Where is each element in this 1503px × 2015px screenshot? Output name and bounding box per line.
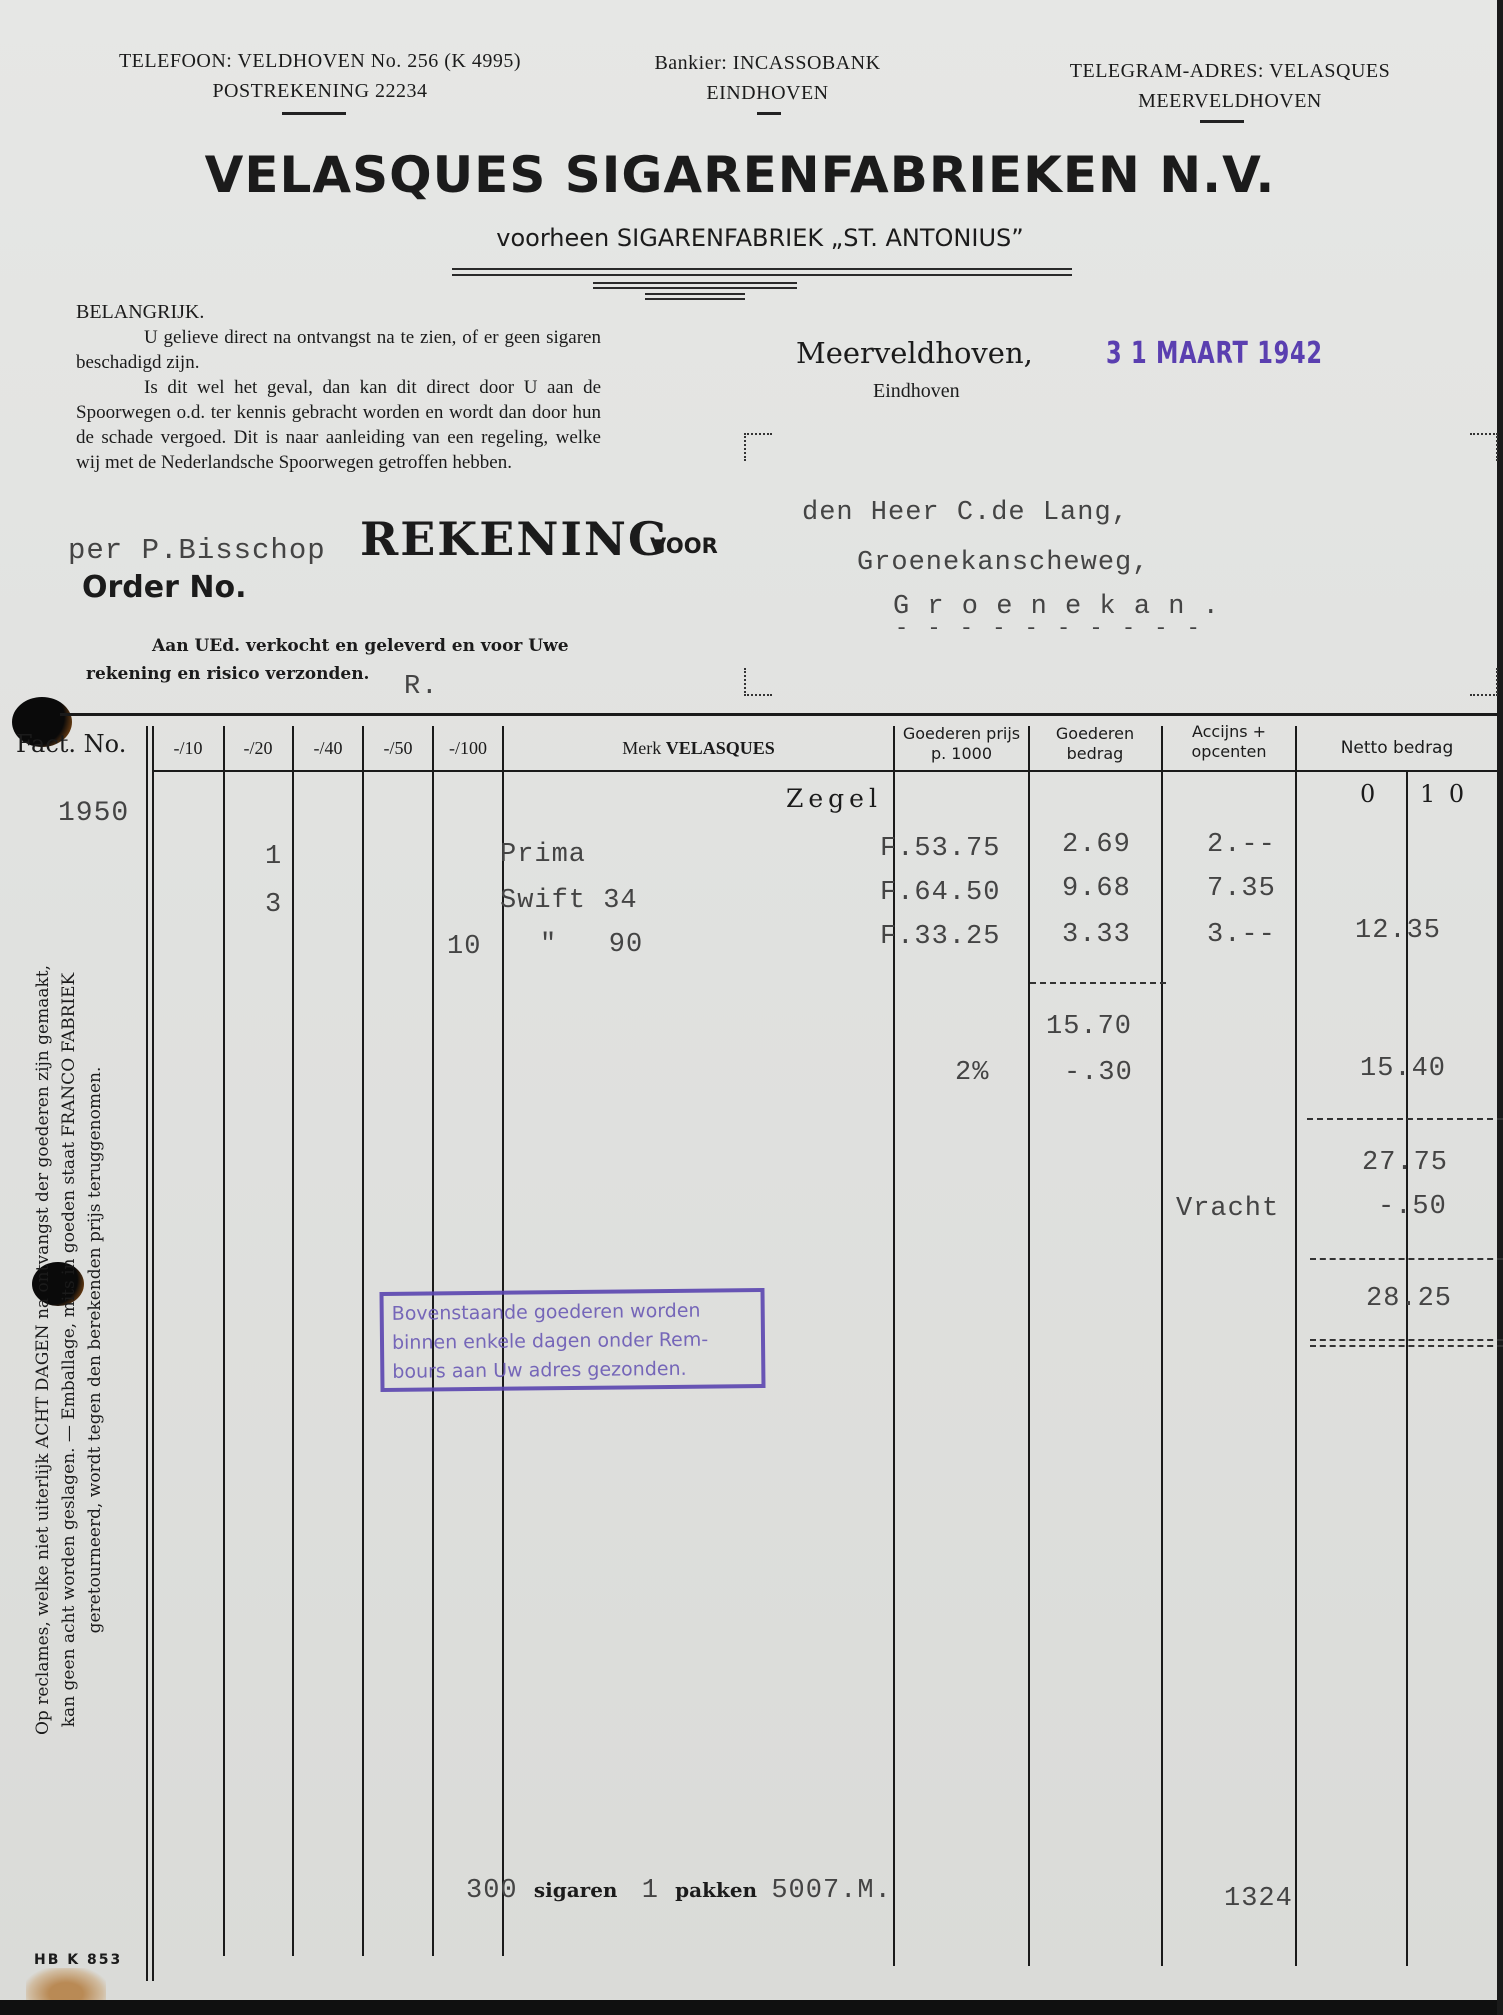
phone-block: TELEFOON: VELDHOVEN No. 256 (K 4995) POS… (40, 46, 600, 106)
telegram-block: TELEGRAM-ADRES: VELASQUES MEERVELDHOVEN (1000, 56, 1460, 116)
footer-sigaren: sigaren (534, 1878, 618, 1902)
ornament-rule (452, 268, 1072, 270)
total-rule (1307, 1118, 1503, 1120)
subtotal-amount: 15.70 (1046, 1012, 1132, 1042)
ornament-rule (593, 282, 797, 284)
freight-label: Vracht (1176, 1194, 1279, 1224)
address-window-corner (744, 433, 772, 461)
notice-block: BELANGRIJK. U gelieve direct na ontvangs… (76, 300, 601, 475)
discount-label: 2% (955, 1058, 989, 1088)
stamp-line-2: binnen enkele dagen onder Rem- (392, 1325, 753, 1358)
notice-paragraph-1: U gelieve direct na ontvangst na te zien… (76, 325, 601, 375)
carrier: per P.Bisschop (68, 534, 326, 567)
header-bottom-rule (152, 770, 1503, 772)
subtotal-rule (1030, 982, 1166, 984)
ornament-rule (645, 293, 745, 295)
column-divider (292, 726, 294, 1956)
side-note-line-2: kan geen acht worden geslagen. — Emballa… (56, 900, 82, 1800)
zegel-label: Zegel (786, 784, 882, 813)
row-excise: 3.-- (1207, 920, 1276, 950)
bank-block: Bankier: INCASSOBANK EINDHOVEN (600, 48, 935, 108)
column-divider (362, 726, 364, 1956)
col-header-merk: Merk VELASQUES (504, 738, 893, 758)
side-note-line-3: geretourneerd, wordt tegen den berekende… (82, 900, 108, 1800)
address-window-corner (1470, 668, 1498, 696)
bank-city: EINDHOVEN (600, 78, 935, 108)
form-code: HB K 853 (34, 1952, 122, 1968)
table-top-rule (60, 713, 1503, 716)
col-header-20: -/20 (224, 738, 292, 758)
col-header-50: -/50 (364, 738, 432, 758)
phone-line: TELEFOON: VELDHOVEN No. 256 (K 4995) (40, 46, 600, 76)
column-divider (893, 726, 895, 1966)
divider (1200, 120, 1244, 123)
col-header-net: Netto bedrag (1297, 738, 1497, 758)
row-price: F.64.50 (880, 878, 1000, 908)
scan-right-edge (1497, 0, 1503, 2015)
col-header-price: Goederen prijs p. 1000 (895, 724, 1028, 764)
row-qty: 10 (447, 932, 481, 962)
notice-heading: BELANGRIJK. (76, 300, 601, 325)
grand-total-double-rule (1310, 1339, 1503, 1341)
row-amount: 3.33 (1062, 920, 1131, 950)
telegram-line: TELEGRAM-ADRES: VELASQUES (1000, 56, 1460, 86)
col-header-40: -/40 (294, 738, 362, 758)
discount-amount: -.30 (1064, 1058, 1133, 1088)
zegel-left: 0 (1360, 780, 1375, 808)
merk-label: Merk (622, 738, 661, 758)
place: Meerveldhoven, (796, 336, 1033, 370)
row-excise: 7.35 (1207, 874, 1276, 904)
fact-no-value: 1950 (58, 798, 129, 829)
row-price: F.53.75 (880, 834, 1000, 864)
table-border (152, 726, 154, 1981)
row-qty: 3 (265, 890, 282, 920)
row-price: F.33.25 (880, 922, 1000, 952)
invoice-title-suffix: VOOR (650, 534, 718, 558)
recipient-name: den Heer C.de Lang, (802, 498, 1129, 528)
side-note: Op reclames, welke niet uiterlijk ACHT D… (30, 900, 108, 1800)
company-name: VELASQUES SIGARENFABRIEKEN N.V. (200, 146, 1280, 204)
footer-ref: 5007.M. (771, 1876, 891, 1906)
date-stamp: 3 1 MAART 1942 (1106, 336, 1323, 371)
footer-pakken: pakken (675, 1878, 757, 1902)
col-header-excise: Accijns + opcenten (1163, 722, 1295, 762)
initial: R. (404, 672, 438, 702)
total-before-freight: 27.75 (1362, 1148, 1448, 1178)
former-name: voorheen SIGARENFABRIEK „ST. ANTONIUS” (380, 224, 1140, 252)
row-net: 12.35 (1355, 916, 1441, 946)
stamp-line-1: Bovenstaande goederen worden (392, 1296, 753, 1329)
rembours-stamp: Bovenstaande goederen worden binnen enke… (379, 1288, 765, 1392)
row-qty: 1 (265, 842, 282, 872)
fact-no-label: Fact. No. (16, 730, 126, 758)
column-divider (223, 726, 225, 1956)
scan-bottom-edge (0, 2000, 1503, 2015)
telegram-city: MEERVELDHOVEN (1000, 86, 1460, 116)
row-amount: 2.69 (1062, 830, 1131, 860)
address-window-corner (744, 668, 772, 696)
column-divider (1406, 770, 1408, 1966)
col-header-amount: Goederen bedrag (1030, 724, 1160, 764)
ornament-rule (452, 274, 1072, 276)
grand-total-rule (1310, 1258, 1503, 1260)
invoice-title: REKENING (360, 512, 669, 566)
freight-amount: -.50 (1378, 1192, 1447, 1222)
divider (282, 112, 346, 115)
row-excise: 2.-- (1207, 830, 1276, 860)
col-header-100: -/100 (434, 738, 502, 758)
order-label: Order No. (82, 570, 246, 605)
footer-line: 300 sigaren 1 pakken 5007.M. (466, 1876, 892, 1906)
column-divider (1028, 726, 1030, 1966)
grand-total: 28.25 (1366, 1284, 1452, 1314)
row-product: Swift 34 (500, 886, 638, 916)
sold-text: Aan UEd. verkocht en geleverd en voor Uw… (86, 632, 616, 688)
footer-packs: 1 (642, 1876, 659, 1906)
net-after-discount: 15.40 (1360, 1054, 1446, 1084)
row-amount: 9.68 (1062, 874, 1131, 904)
row-product: " 90 (540, 930, 643, 960)
column-divider (1161, 726, 1163, 1966)
recipient-street: Groenekanscheweg, (857, 548, 1149, 578)
bank-line: Bankier: INCASSOBANK (600, 48, 935, 78)
footer-number: 1324 (1224, 1884, 1293, 1914)
table-border (146, 726, 148, 1981)
postrekening: POSTREKENING 22234 (40, 76, 600, 106)
grand-total-double-rule (1310, 1345, 1503, 1347)
address-window-corner (1470, 433, 1498, 461)
notice-paragraph-2: Is dit wel het geval, dan kan dit direct… (76, 375, 601, 475)
sub-place: Eindhoven (873, 380, 960, 403)
recipient-city-underline: - - - - - - - - - - (895, 616, 1203, 641)
footer-qty: 300 (466, 1876, 518, 1906)
side-note-line-1: Op reclames, welke niet uiterlijk ACHT D… (30, 900, 56, 1800)
ornament-rule (593, 287, 797, 289)
row-product: Prima (500, 840, 586, 870)
col-header-10: -/10 (154, 738, 222, 758)
divider (757, 112, 781, 115)
paper-stain (26, 1968, 106, 2000)
merk-brand: VELASQUES (666, 738, 775, 758)
column-divider (1295, 726, 1297, 1966)
ornament-rule (645, 298, 745, 300)
zegel-right: 1 0 (1420, 780, 1467, 808)
stamp-line-3: bours aan Uw adres gezonden. (392, 1354, 753, 1387)
